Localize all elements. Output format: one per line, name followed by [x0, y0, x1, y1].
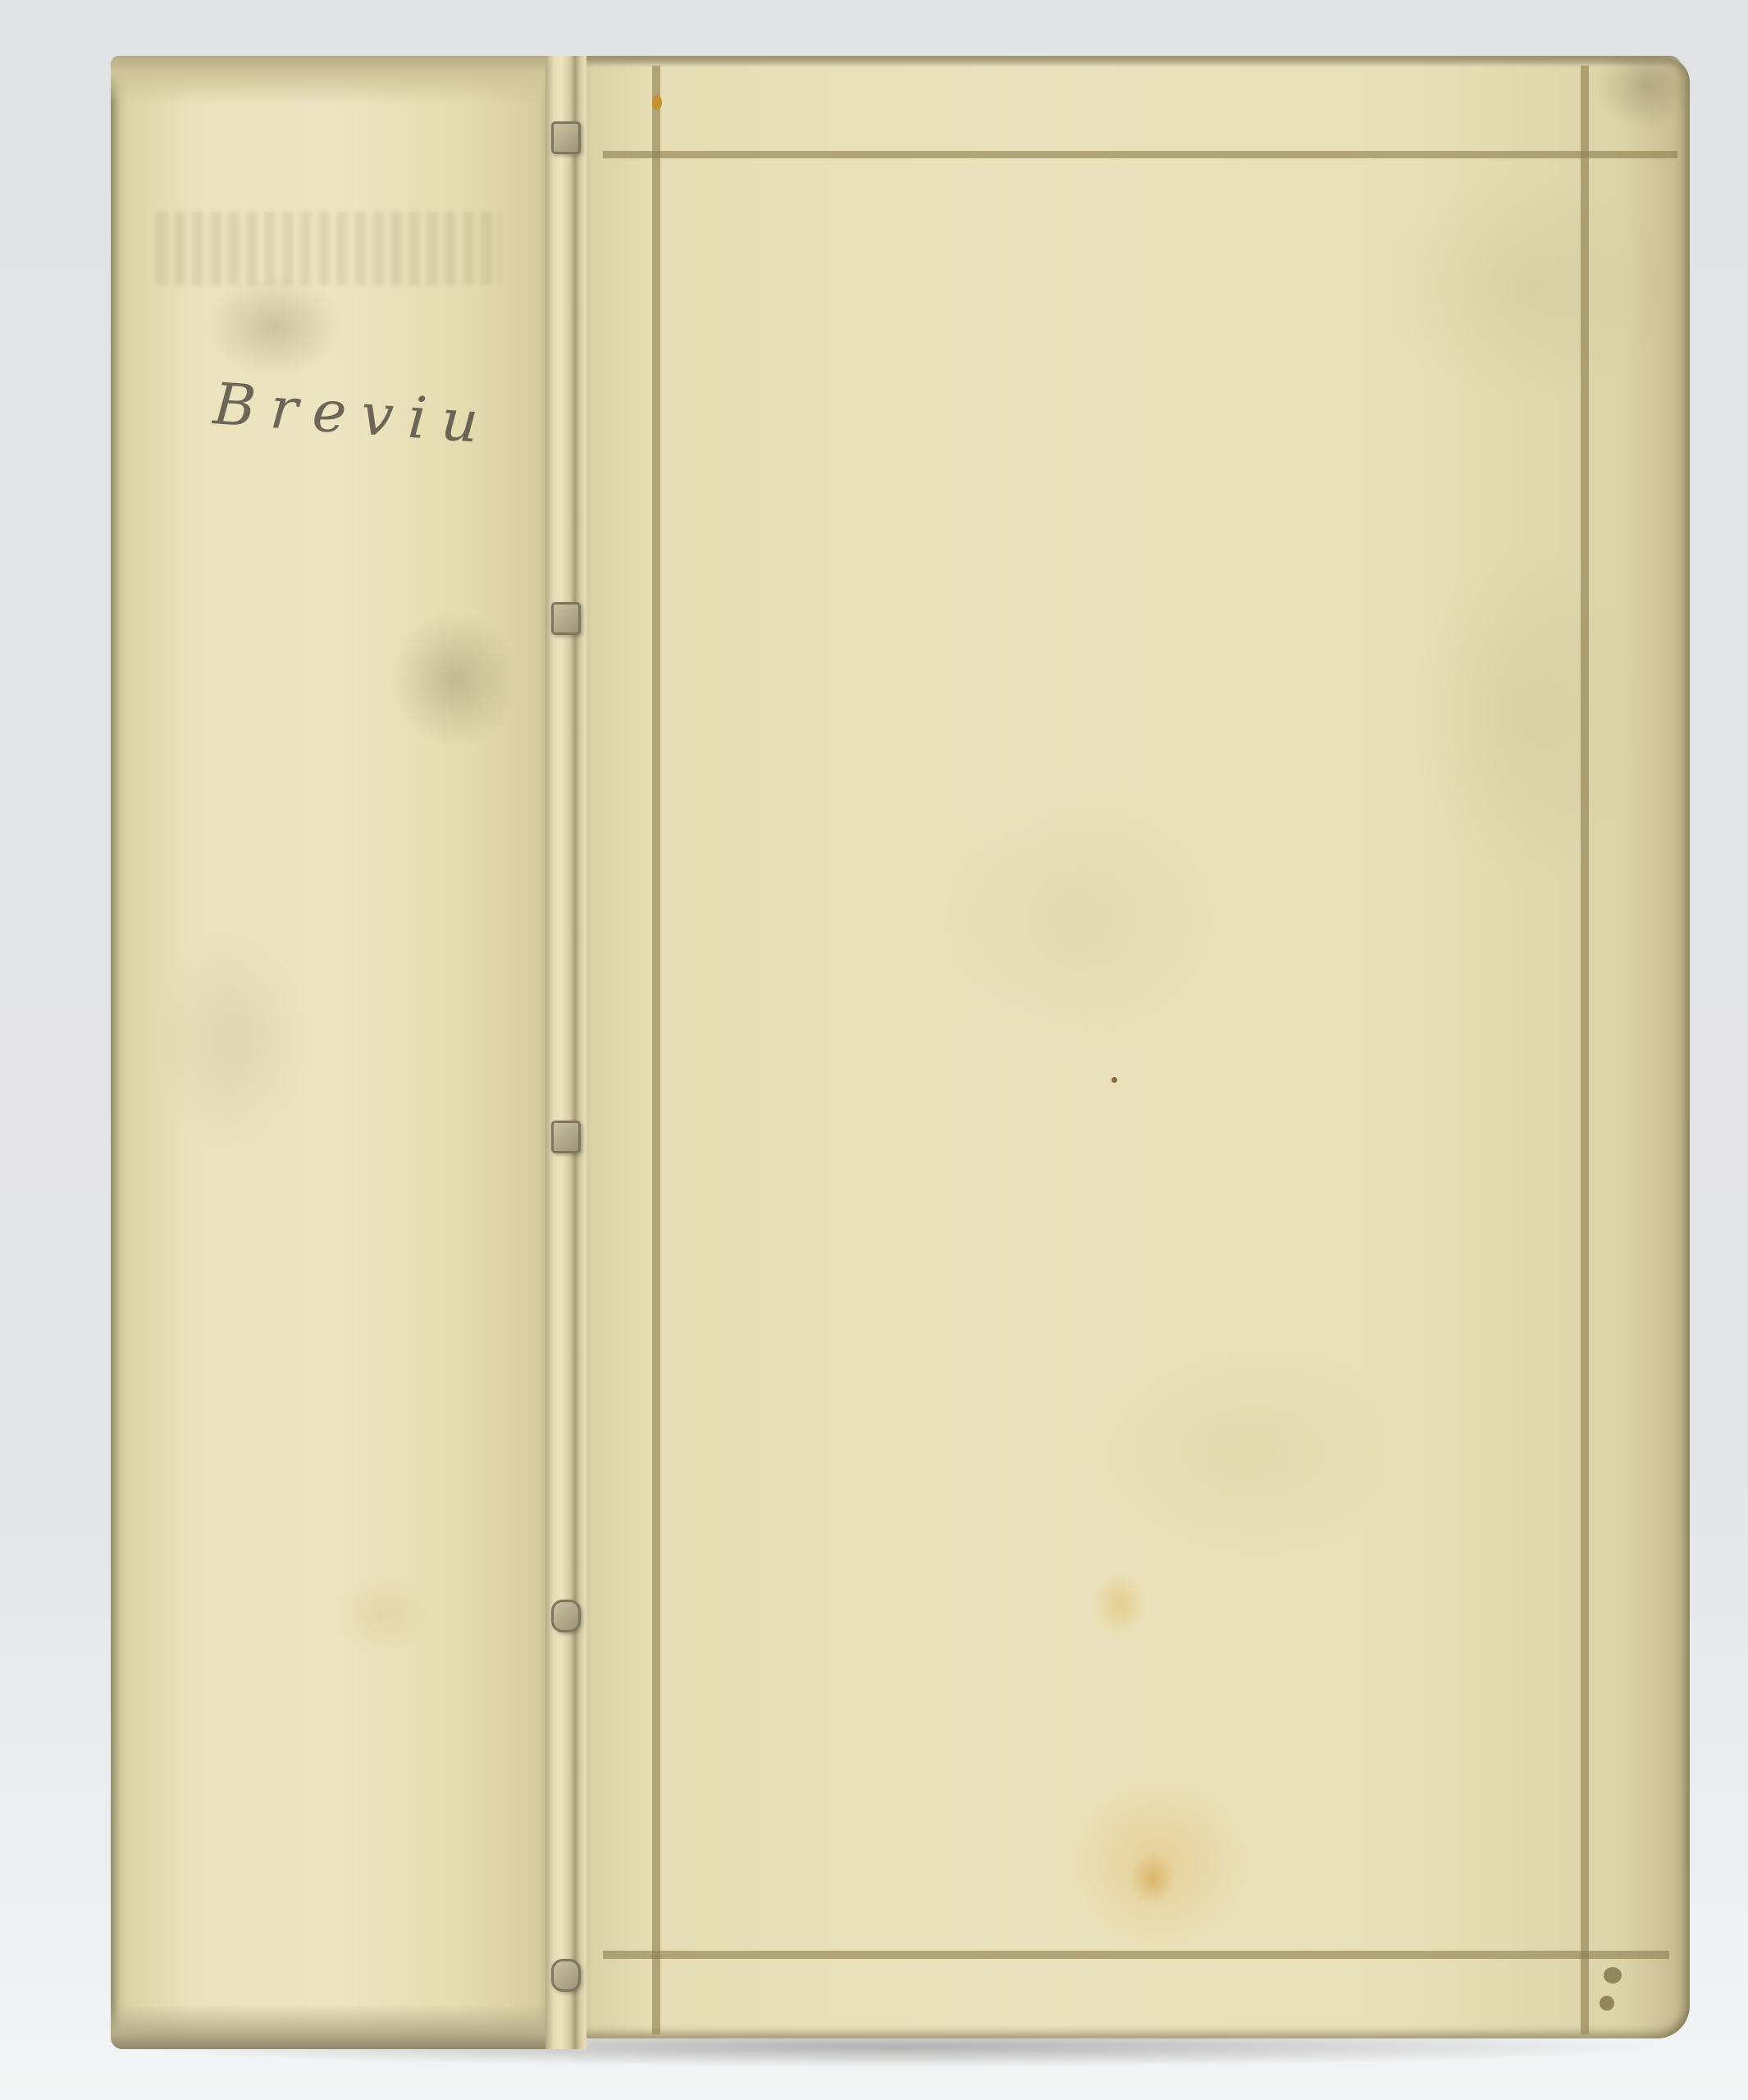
cover-stain-spot [1111, 1077, 1117, 1083]
spine-tie-tab [551, 1959, 581, 1992]
cover-top-edge [582, 56, 1682, 67]
spine-faded-lettering [156, 212, 500, 285]
cover-corner-spot [1604, 1967, 1622, 1984]
book-spine [111, 56, 554, 2049]
cover-rule-bottom [603, 1951, 1669, 1959]
spine-tie-tab [551, 1600, 581, 1632]
cover-rule-right [1581, 66, 1589, 2034]
cover-corner-wear [1595, 56, 1694, 130]
front-cover [582, 57, 1690, 2038]
spine-tie-tab [551, 602, 581, 635]
cover-stain-spot [652, 95, 662, 110]
spine-joint [545, 56, 586, 2049]
cover-rule-top [603, 151, 1677, 158]
cover-corner-spot [1600, 1996, 1614, 2011]
book: Breviu [111, 56, 1690, 2049]
spine-tie-tab [551, 1121, 581, 1153]
spine-tie-tab [551, 121, 581, 154]
spine-bottom-wear [111, 2004, 554, 2049]
cover-rule-left [652, 66, 660, 2034]
spine-top-wear [111, 56, 554, 105]
